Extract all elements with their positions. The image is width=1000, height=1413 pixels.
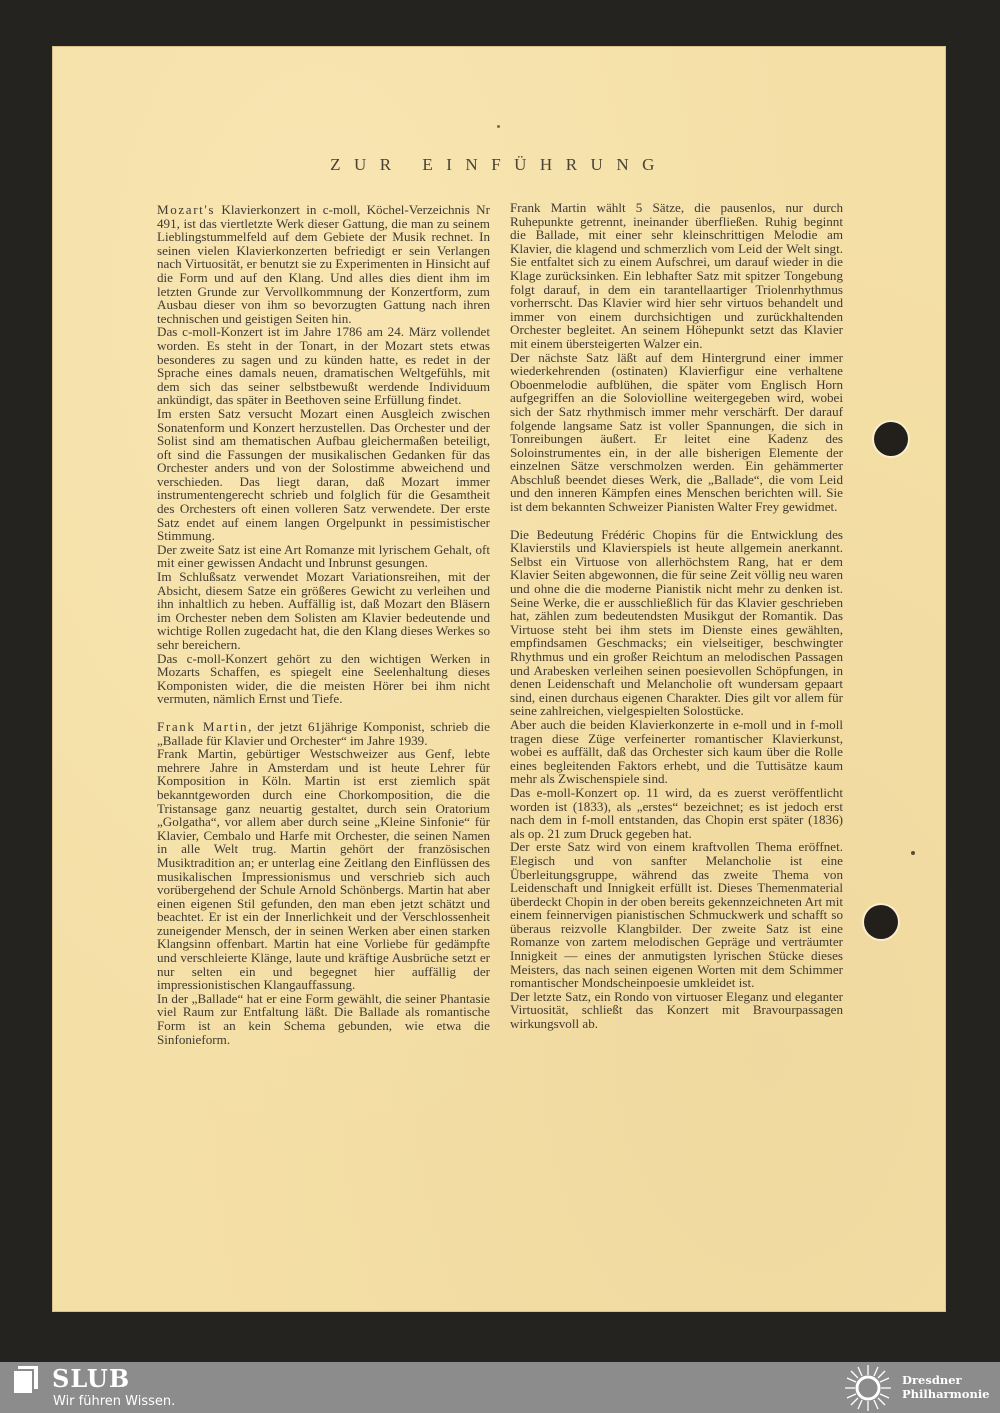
paragraph: Frank Martin, der jetzt 61jährige Kompon… [157,720,490,747]
paragraph: Frank Martin, gebürtiger Westschweizer a… [157,747,490,992]
paragraph: Der letzte Satz, ein Rondo von virtuoser… [510,990,843,1031]
right-column: Frank Martin wählt 5 Sätze, die pausenlo… [510,201,843,1031]
punch-hole [874,422,908,456]
dresdner-philharmonie-sun-icon [843,1363,893,1413]
footer-bar: SLUB Wir führen Wissen. Dresdner Philhar… [0,1362,1000,1413]
paper-speck [911,851,915,855]
paragraph: Das c-moll-Konzert gehört zu den wichtig… [157,652,490,706]
punch-hole [864,905,898,939]
paper-speck [497,125,500,128]
paragraph: Das e-moll-Konzert op. 11 wird, da es zu… [510,786,843,840]
paragraph: Im Schlußsatz verwendet Mozart Variation… [157,570,490,652]
document-page: ZUR EINFÜHRUNG Mozart's Klavierkonzert i… [52,46,946,1312]
paragraph: Der erste Satz wird von einem kraftvolle… [510,840,843,990]
left-column: Mozart's Klavierkonzert in c-moll, Köche… [157,203,490,1046]
slub-tagline: Wir führen Wissen. [53,1394,175,1409]
slub-brand: SLUB [52,1366,130,1392]
dresdner-philharmonie-brand: Dresdner Philharmonie [902,1374,990,1401]
slub-book-icon [12,1365,40,1395]
page-title: ZUR EINFÜHRUNG [52,155,946,175]
paragraph: Die Bedeutung Frédéric Chopins für die E… [510,528,843,718]
paragraph: Im ersten Satz versucht Mozart einen Aus… [157,407,490,543]
paragraph: Der nächste Satz läßt auf dem Hintergrun… [510,351,843,514]
paragraph: Frank Martin wählt 5 Sätze, die pausenlo… [510,201,843,351]
paragraph: Aber auch die beiden Klavierkonzerte in … [510,718,843,786]
paragraph: Das c-moll-Konzert ist im Jahre 1786 am … [157,325,490,407]
paragraph: In der „Ballade“ hat er eine Form gewähl… [157,992,490,1046]
paragraph: Mozart's Klavierkonzert in c-moll, Köche… [157,203,490,325]
paragraph: Der zweite Satz ist eine Art Romanze mit… [157,543,490,570]
